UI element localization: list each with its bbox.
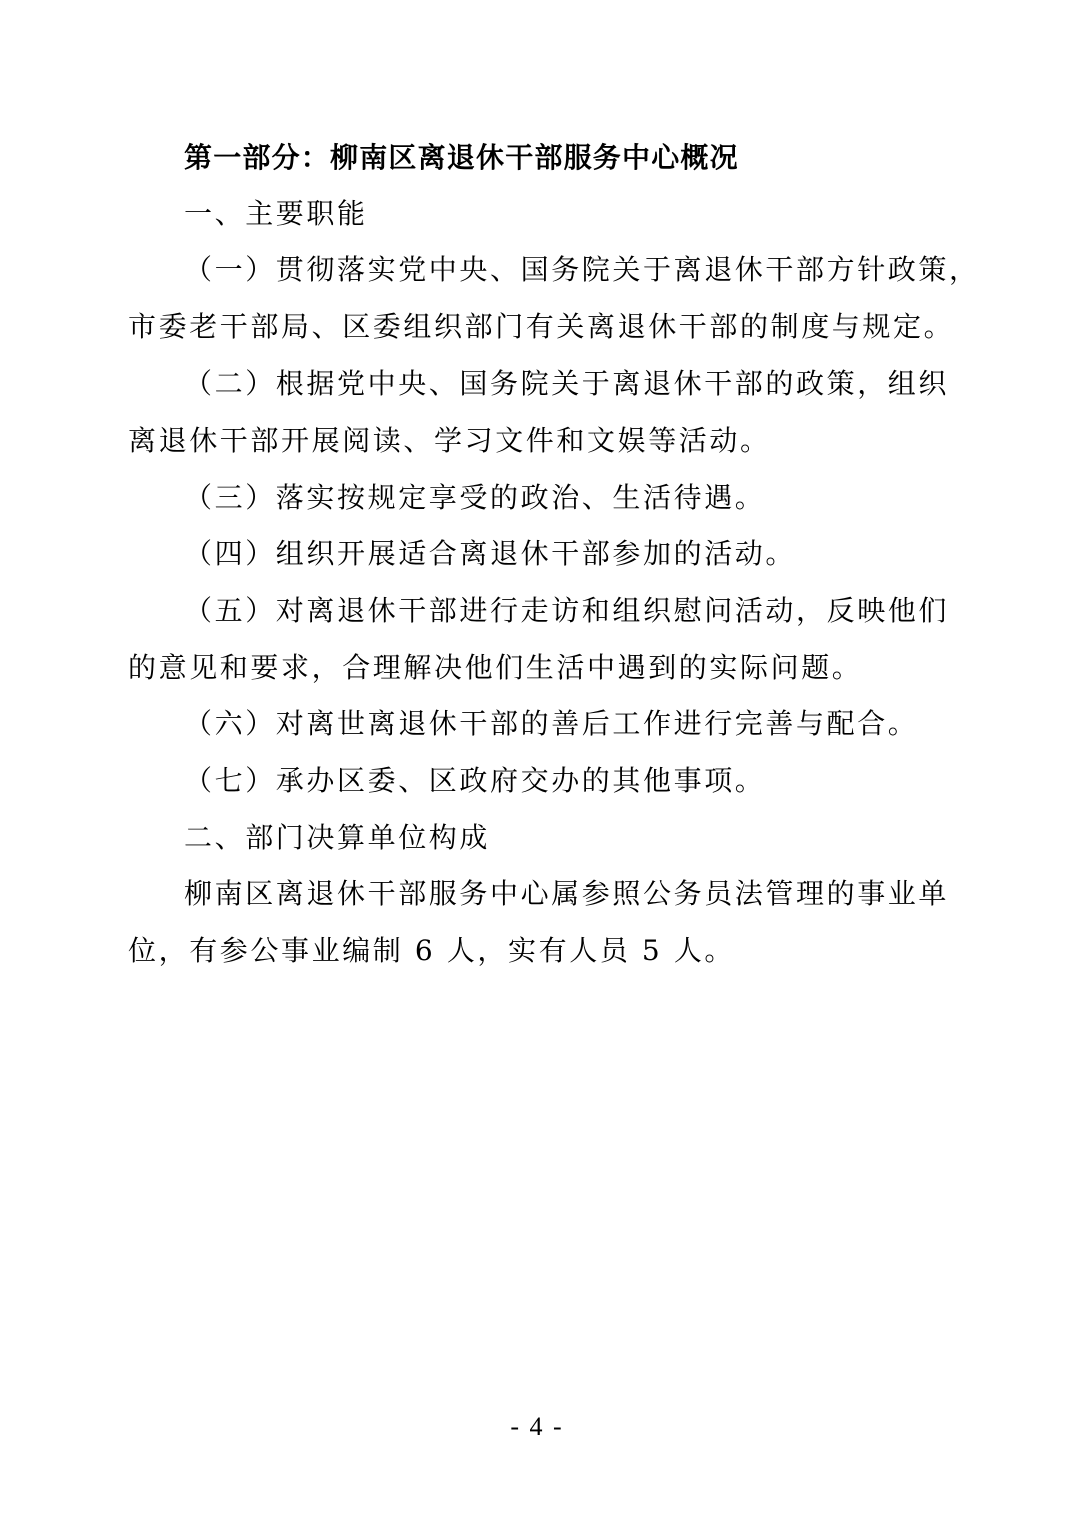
function-item-1-line-2: 市委老干部局、区委组织部门有关离退休干部的制度与规定。	[128, 309, 954, 345]
function-item-7: （七）承办区委、区政府交办的其他事项。	[184, 763, 765, 799]
document-page: 第一部分：柳南区离退休干部服务中心概况 一、主要职能 （一）贯彻落实党中央、国务…	[0, 0, 1074, 1520]
function-item-2-line-1: （二）根据党中央、国务院关于离退休干部的政策，组织	[184, 366, 949, 402]
unit-composition-line-2: 位，有参公事业编制 6 人，实有人员 5 人。	[128, 933, 735, 969]
section-heading-unit-composition: 二、部门决算单位构成	[184, 820, 490, 856]
function-item-6: （六）对离世离退休干部的善后工作进行完善与配合。	[184, 706, 918, 742]
function-item-2-line-2: 离退休干部开展阅读、学习文件和文娱等活动。	[128, 423, 771, 459]
function-item-4: （四）组织开展适合离退休干部参加的活动。	[184, 536, 796, 572]
section-heading-main-functions: 一、主要职能	[184, 196, 368, 232]
function-item-5-line-1: （五）对离退休干部进行走访和组织慰问活动，反映他们	[184, 593, 949, 629]
function-item-3: （三）落实按规定享受的政治、生活待遇。	[184, 480, 765, 516]
part-title: 第一部分：柳南区离退休干部服务中心概况	[184, 140, 739, 176]
page-number: - 4 -	[0, 1412, 1074, 1442]
function-item-1-line-1: （一）贯彻落实党中央、国务院关于离退休干部方针政策，	[184, 252, 980, 288]
unit-composition-line-1: 柳南区离退休干部服务中心属参照公务员法管理的事业单	[184, 876, 949, 912]
function-item-5-line-2: 的意见和要求，合理解决他们生活中遇到的实际问题。	[128, 650, 862, 686]
